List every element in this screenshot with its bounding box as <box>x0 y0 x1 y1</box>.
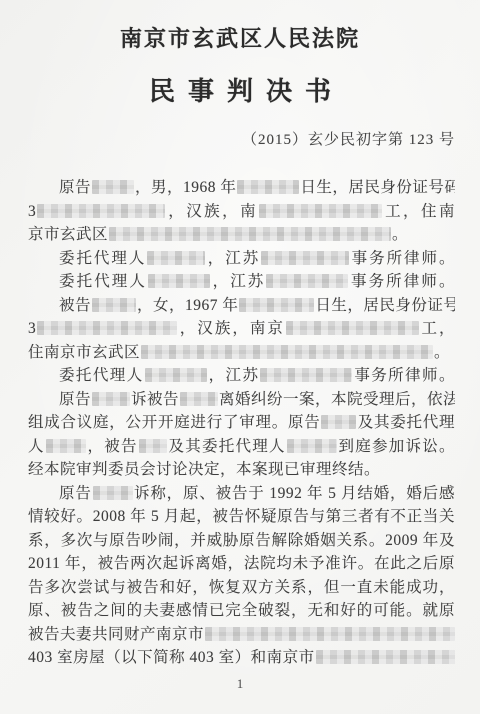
body-text: ，江苏 <box>208 367 260 384</box>
body-text: 组成合议庭，公开开庭进行了审理。原告 <box>28 414 320 431</box>
body-text: 住南京市玄武区 <box>28 344 140 361</box>
redaction-block <box>237 180 299 194</box>
court-name: 南京市玄武区人民法院 <box>0 25 480 53</box>
body-text: 委托代理人 <box>59 250 146 267</box>
body-text: 被告夫妻共同财产南京市 <box>28 626 204 643</box>
body-text: 事务所律师。 <box>349 273 455 290</box>
body-text: 工，住南 <box>383 203 455 220</box>
body-text: 日生，居民身份证号码 <box>315 297 455 314</box>
judgment-line: 3，汉族，南京工， <box>28 317 455 341</box>
redaction-block <box>145 368 207 382</box>
redaction-block <box>92 298 136 312</box>
judgment-body: 原告，男，1968 年日生，居民身份证号码3，汉族，南工，住南京市玄武区。委托代… <box>0 176 480 670</box>
body-text: 日生，居民身份证号码 <box>300 179 455 196</box>
body-text: 委托代理人 <box>59 273 147 290</box>
body-text: 3 <box>28 320 36 337</box>
body-text: 及其委托代理 <box>357 414 455 431</box>
body-text: 。 <box>392 226 408 243</box>
body-text: 事务所律师。 <box>350 250 455 267</box>
redaction-block <box>147 251 205 265</box>
page-number: 1 <box>0 676 480 692</box>
redaction-block <box>321 415 356 429</box>
body-text: 。 <box>434 344 450 361</box>
redaction-block <box>286 321 419 335</box>
body-text: 2011 年，被告两次起诉离婚，法院均未予准许。在此之后原 <box>28 555 455 572</box>
redaction-block <box>266 274 348 288</box>
judgment-line: 原告，男，1968 年日生，居民身份证号码 <box>28 176 455 200</box>
body-text: ，被告 <box>87 438 138 455</box>
judgment-line: 组成合议庭，公开开庭进行了审理。原告及其委托代理 <box>28 411 455 435</box>
redaction-block <box>37 321 177 335</box>
body-text: ，男，1968 年 <box>135 179 236 196</box>
judgment-line: 被告，女，1967 年日生，居民身份证号码 <box>28 294 455 318</box>
judgment-line: 3，汉族，南工，住南 <box>28 200 455 224</box>
redaction-block <box>316 650 455 664</box>
body-text: 委托代理人 <box>59 367 144 384</box>
body-text: 3 <box>28 203 36 220</box>
judgment-line: 情较好。2008 年 5 月起，被告怀疑原告与第三者有不正当关 <box>28 505 455 529</box>
redaction-block <box>141 345 433 359</box>
redaction-block <box>259 204 382 218</box>
redaction-block <box>46 439 86 453</box>
body-text: 诉称，原、被告于 1992 年 5 月结婚，婚后感 <box>134 485 455 502</box>
judgment-line: 原告诉被告离婚纠纷一案，本院受理后，依法 <box>28 388 455 412</box>
judgment-line: 系，多次与原告吵闹，并威胁原告解除婚姻关系。2009 年及 <box>28 529 455 553</box>
judgment-line: 京市玄武区。 <box>28 223 455 247</box>
body-text: 到庭参加诉讼。 <box>338 438 455 455</box>
body-text: 京市玄武区 <box>28 226 108 243</box>
redaction-block <box>239 298 314 312</box>
body-text: ，汉族，南京 <box>178 320 285 337</box>
body-text: ，汉族，南 <box>166 203 258 220</box>
judgment-line: 委托代理人，江苏事务所律师。 <box>28 364 455 388</box>
redaction-block <box>287 439 337 453</box>
body-text: 事务所律师。 <box>353 367 455 384</box>
body-text: 系，多次与原告吵闹，并威胁原告解除婚姻关系。2009 年及 <box>28 532 455 549</box>
redaction-block <box>260 368 352 382</box>
body-text: 原、被告之间的夫妻感情已完全破裂，无和好的可能。就原 <box>28 602 455 619</box>
judgment-line: 经本院审判委员会讨论决定，本案现已审理终结。 <box>28 458 455 482</box>
judgment-line: 原、被告之间的夫妻感情已完全破裂，无和好的可能。就原 <box>28 599 455 623</box>
body-text: ，江苏 <box>211 273 265 290</box>
body-text: 及其委托代理人 <box>168 438 286 455</box>
redaction-block <box>92 180 134 194</box>
body-text: 告多次尝试与被告和好，恢复双方关系，但一直未能成功， <box>28 579 455 596</box>
redaction-block <box>92 392 130 406</box>
judgment-line: 委托代理人，江苏事务所律师。 <box>28 247 455 271</box>
body-text: 被告 <box>59 297 91 314</box>
body-text: ，江苏 <box>206 250 260 267</box>
redaction-block <box>148 274 210 288</box>
document-title: 民事判决书 <box>0 74 480 110</box>
redaction-block <box>139 439 167 453</box>
judgment-line: 告多次尝试与被告和好，恢复双方关系，但一直未能成功， <box>28 576 455 600</box>
redaction-block <box>93 486 133 500</box>
body-text: 情较好。2008 年 5 月起，被告怀疑原告与第三者有不正当关 <box>28 508 455 525</box>
judgment-line: 403 室房屋（以下简称 403 室）和南京市 <box>28 646 455 670</box>
body-text: 403 室房屋（以下简称 403 室）和南京市 <box>28 649 315 666</box>
body-text: 原告 <box>59 179 91 196</box>
body-text: 诉被告 <box>131 391 179 408</box>
judgment-line: 2011 年，被告两次起诉离婚，法院均未予准许。在此之后原 <box>28 552 455 576</box>
redaction-block <box>109 227 391 241</box>
body-text: 经本院审判委员会讨论决定，本案现已审理终结。 <box>28 461 380 478</box>
judgment-line: 住南京市玄武区。 <box>28 341 455 365</box>
body-text: 原告 <box>59 391 91 408</box>
body-text: 原告 <box>59 485 92 502</box>
redaction-block <box>205 627 455 641</box>
judgment-line: 人，被告及其委托代理人到庭参加诉讼。 <box>28 435 455 459</box>
body-text: 工， <box>420 320 455 337</box>
judgment-line: 委托代理人，江苏事务所律师。 <box>28 270 455 294</box>
judgment-line: 被告夫妻共同财产南京市 <box>28 623 455 647</box>
redaction-block <box>261 251 349 265</box>
body-text: ，女，1967 年 <box>137 297 238 314</box>
body-text: 人 <box>28 438 45 455</box>
redaction-block <box>180 392 218 406</box>
judgment-line: 原告诉称，原、被告于 1992 年 5 月结婚，婚后感 <box>28 482 455 506</box>
redaction-block <box>37 204 165 218</box>
body-text: 离婚纠纷一案，本院受理后，依法 <box>219 391 455 408</box>
case-number: （2015）玄少民初字第 123 号 <box>0 130 480 150</box>
judgment-document: 南京市玄武区人民法院 民事判决书 （2015）玄少民初字第 123 号 原告，男… <box>0 0 480 714</box>
